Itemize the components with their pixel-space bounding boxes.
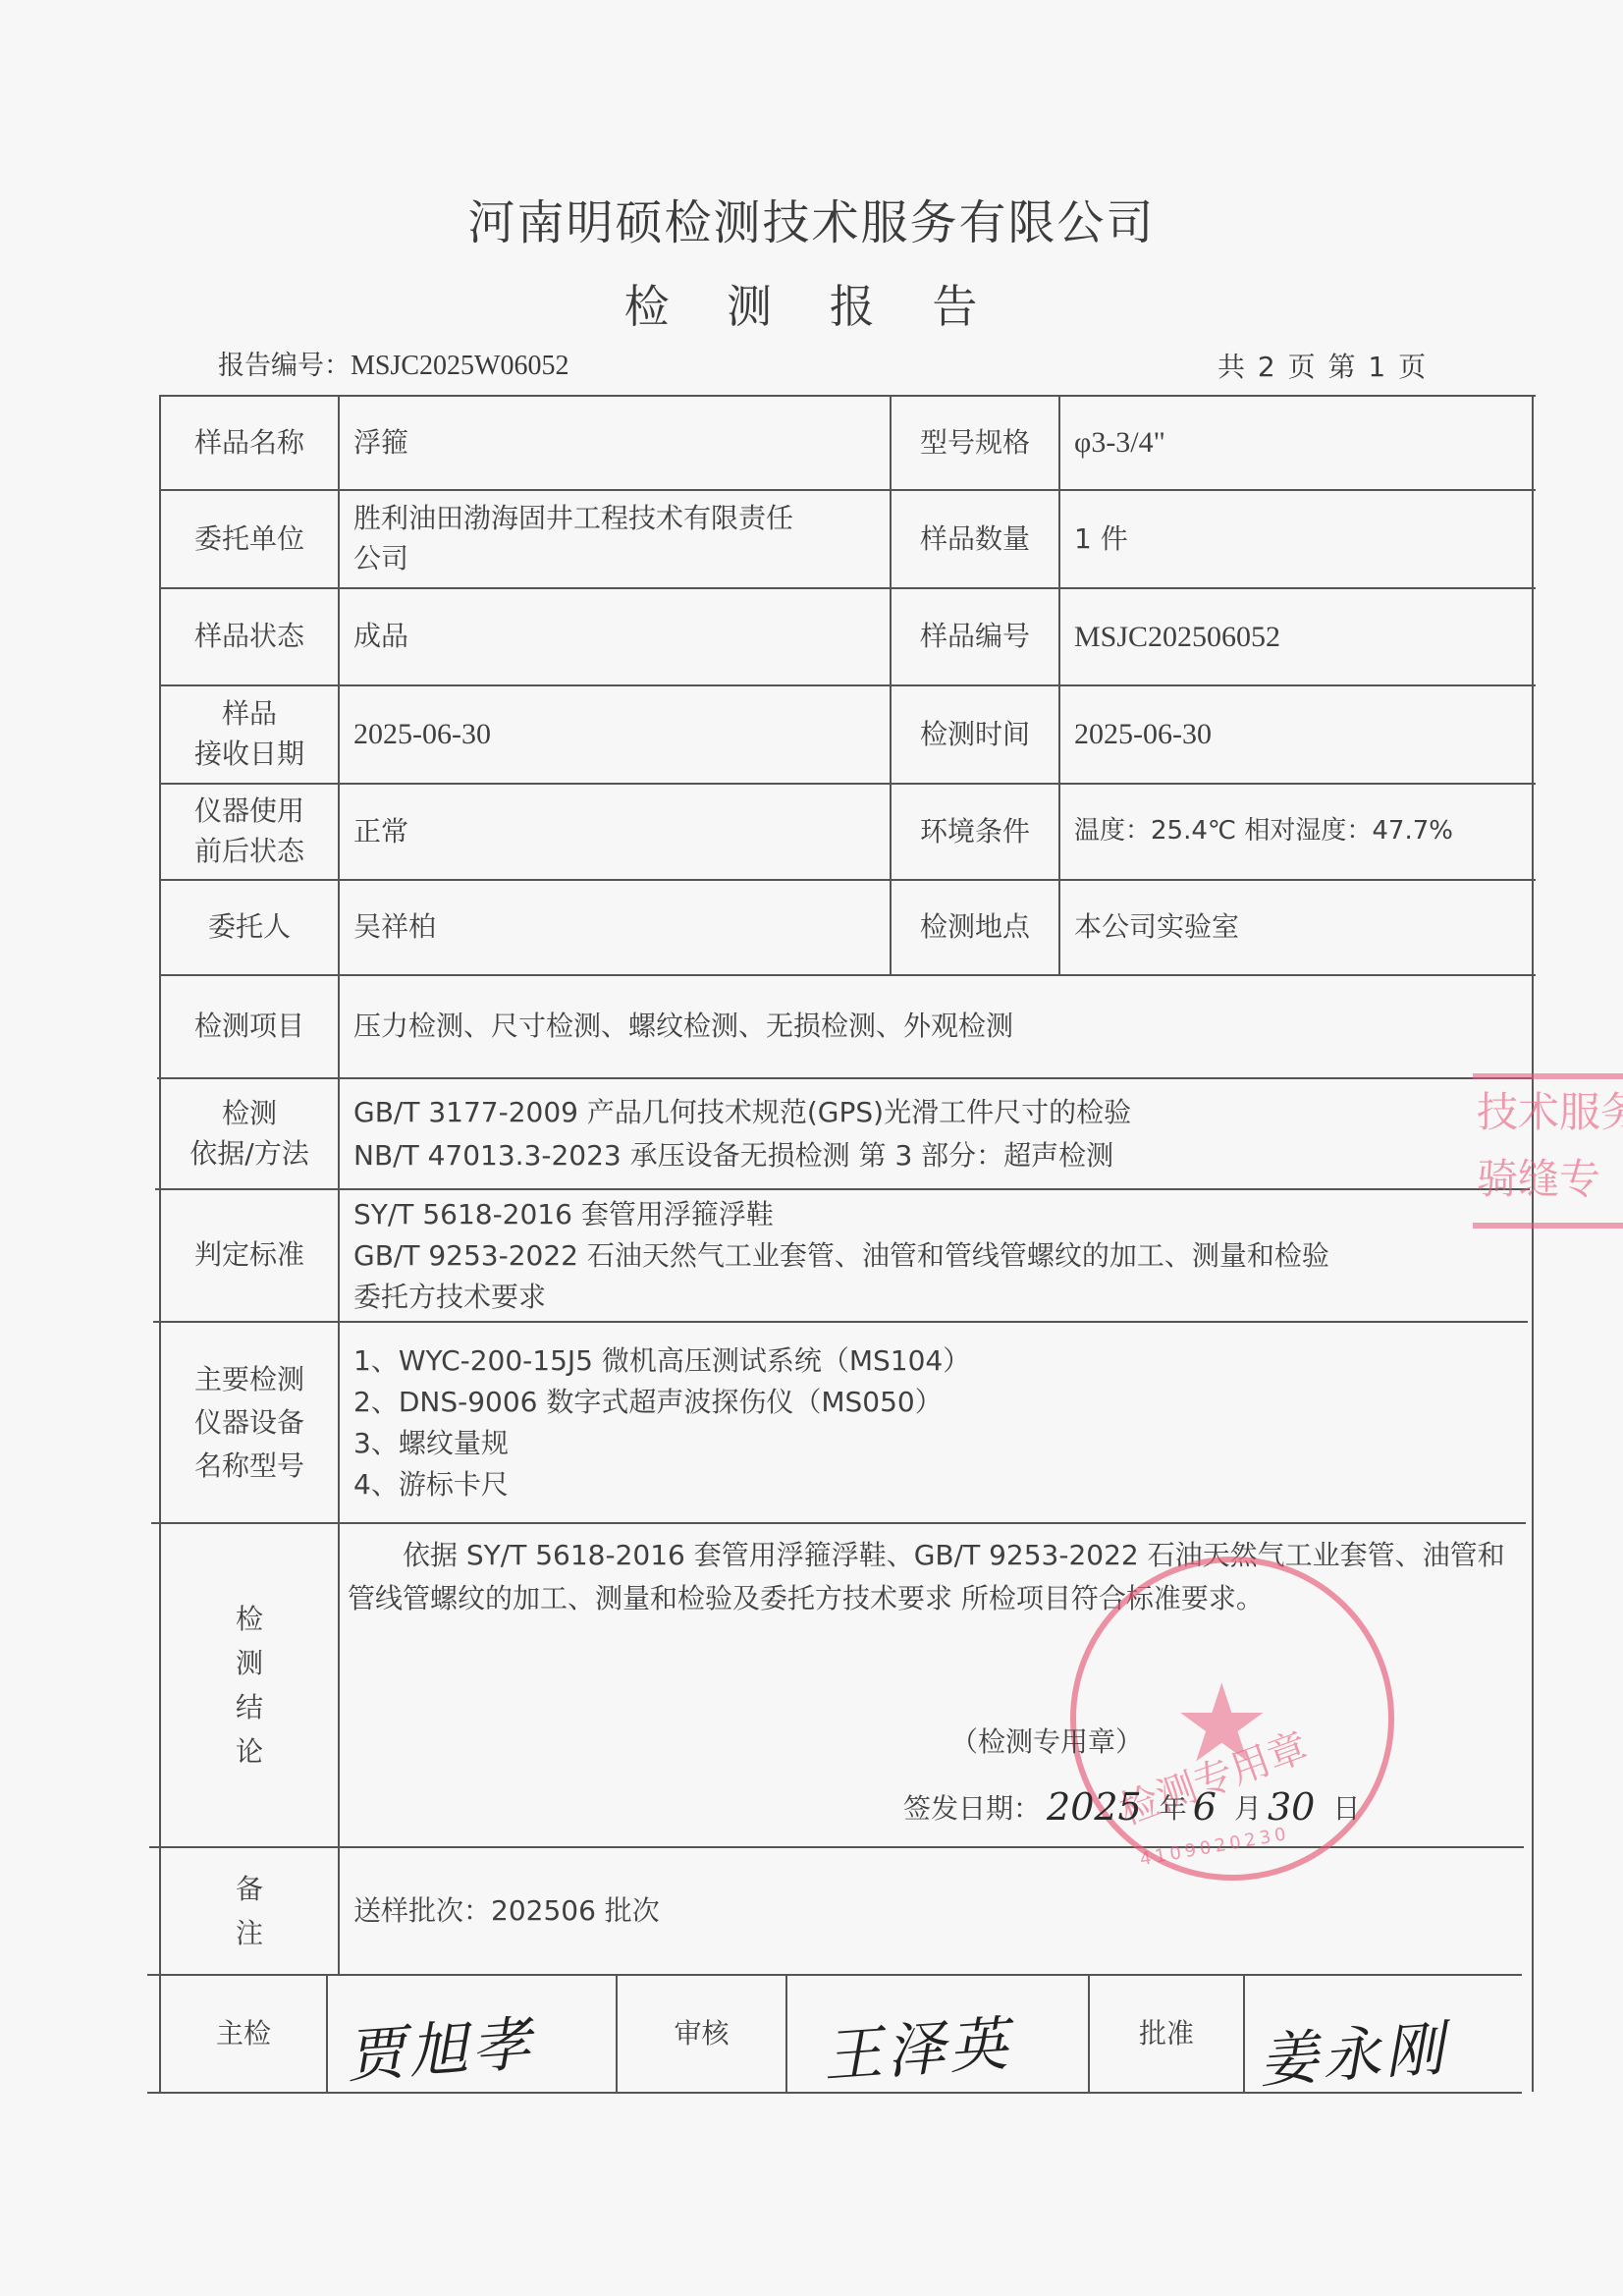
report-number: 报告编号：MSJC2025W06052 — [218, 344, 568, 382]
approver-signature: 姜永刚 — [1256, 2001, 1450, 2099]
criteria-label: 判定标准 — [161, 1190, 338, 1321]
equipment-item: 4、游标卡尺 — [353, 1464, 509, 1505]
client-unit-value: 胜利油田渤海固井工程技术有限责任 公司 — [340, 491, 890, 587]
consignor-label: 委托人 — [161, 881, 338, 974]
receive-date-value: 2025-06-30 — [340, 686, 890, 783]
equipment-item: 2、DNS-9006 数字式超声波探伤仪（MS050） — [353, 1382, 943, 1423]
instrument-state-value: 正常 — [340, 785, 890, 879]
approver-label: 批准 — [1090, 1976, 1243, 2092]
test-items-value: 压力检测、尺寸检测、螺纹检测、无损检测、外观检测 — [340, 976, 1532, 1077]
equipment-item: 1、WYC-200-15J5 微机高压测试系统（MS104） — [353, 1340, 970, 1382]
report-page: 河南明硕检测技术服务有限公司 检 测 报 告 报告编号：MSJC2025W060… — [0, 0, 1623, 2296]
test-location-value: 本公司实验室 — [1060, 881, 1532, 974]
issue-date: 签发日期： 2025 年 6 月 30 日 — [903, 1785, 1360, 1829]
model-spec-label: 型号规格 — [892, 397, 1058, 489]
seal-note: （检测专用章） — [950, 1721, 1143, 1760]
issue-date-month: 6 — [1193, 1785, 1217, 1829]
equipment-list: 1、WYC-200-15J5 微机高压测试系统（MS104） 2、DNS-900… — [340, 1323, 1532, 1522]
chief-inspector-signature: 贾旭孝 — [343, 1996, 537, 2094]
criteria-item: GB/T 9253-2022 石油天然气工业套管、油管和管线管螺纹的加工、测量和… — [353, 1235, 1329, 1277]
instrument-state-label: 仪器使用 前后状态 — [161, 785, 338, 879]
table-border-right — [1532, 395, 1534, 2092]
criteria-item: 委托方技术要求 — [353, 1277, 546, 1318]
issue-date-year: 2025 — [1047, 1785, 1142, 1829]
test-items-label: 检测项目 — [161, 976, 338, 1077]
column-divider — [785, 1974, 787, 2092]
column-divider — [1243, 1974, 1245, 2092]
column-divider — [326, 1974, 328, 2092]
issue-date-label: 签发日期： — [903, 1787, 1041, 1827]
basis-label: 检测 依据/方法 — [161, 1079, 338, 1188]
model-spec-value: φ3-3/4" — [1060, 397, 1532, 489]
criteria-item: SY/T 5618-2016 套管用浮箍浮鞋 — [353, 1194, 774, 1235]
page-count: 共 2 页 第 1 页 — [1217, 346, 1428, 385]
sample-name-label: 样品名称 — [161, 397, 338, 489]
test-time-value: 2025-06-30 — [1060, 686, 1532, 783]
reviewer-signature: 王泽英 — [820, 1996, 1014, 2094]
sample-state-value: 成品 — [340, 589, 890, 684]
basis-list: GB/T 3177-2009 产品几何技术规范(GPS)光滑工件尺寸的检验 NB… — [340, 1079, 1469, 1188]
sample-state-label: 样品状态 — [161, 589, 338, 684]
report-number-label: 报告编号： — [218, 351, 351, 381]
sample-no-value: MSJC202506052 — [1060, 589, 1532, 684]
criteria-list: SY/T 5618-2016 套管用浮箍浮鞋 GB/T 9253-2022 石油… — [340, 1190, 1532, 1321]
test-location-label: 检测地点 — [892, 881, 1058, 974]
basis-item: NB/T 47013.3-2023 承压设备无损检测 第 3 部分：超声检测 — [353, 1134, 1113, 1177]
test-time-label: 检测时间 — [892, 686, 1058, 783]
sample-no-label: 样品编号 — [892, 589, 1058, 684]
env-label: 环境条件 — [892, 785, 1058, 879]
row-divider — [147, 1974, 1522, 1976]
receive-date-label: 样品 接收日期 — [161, 686, 338, 783]
sample-qty-value: 1 件 — [1060, 491, 1532, 587]
remarks-value: 送样批次：202506 批次 — [340, 1848, 1532, 1974]
equipment-label: 主要检测 仪器设备 名称型号 — [161, 1323, 338, 1522]
conclusion-label: 检 测 结 论 — [161, 1524, 338, 1846]
reviewer-label: 审核 — [618, 1976, 785, 2092]
row-divider — [151, 1522, 1526, 1524]
sample-name-value: 浮箍 — [340, 397, 890, 489]
seam-seal: 技术服务 骑缝专 — [1473, 1073, 1623, 1229]
issue-date-day: 30 — [1268, 1785, 1315, 1829]
report-number-value: MSJC2025W06052 — [351, 351, 568, 381]
basis-item: GB/T 3177-2009 产品几何技术规范(GPS)光滑工件尺寸的检验 — [353, 1091, 1131, 1134]
env-value: 温度：25.4℃ 相对湿度：47.7% — [1060, 785, 1532, 879]
client-unit-label: 委托单位 — [161, 491, 338, 587]
company-name: 河南明硕检测技术服务有限公司 — [0, 185, 1623, 252]
chief-inspector-label: 主检 — [161, 1976, 326, 2092]
equipment-item: 3、螺纹量规 — [353, 1423, 509, 1464]
report-title: 检 测 报 告 — [0, 271, 1623, 336]
sample-qty-label: 样品数量 — [892, 491, 1058, 587]
consignor-value: 吴祥柏 — [340, 881, 890, 974]
remarks-label: 备 注 — [161, 1848, 338, 1974]
